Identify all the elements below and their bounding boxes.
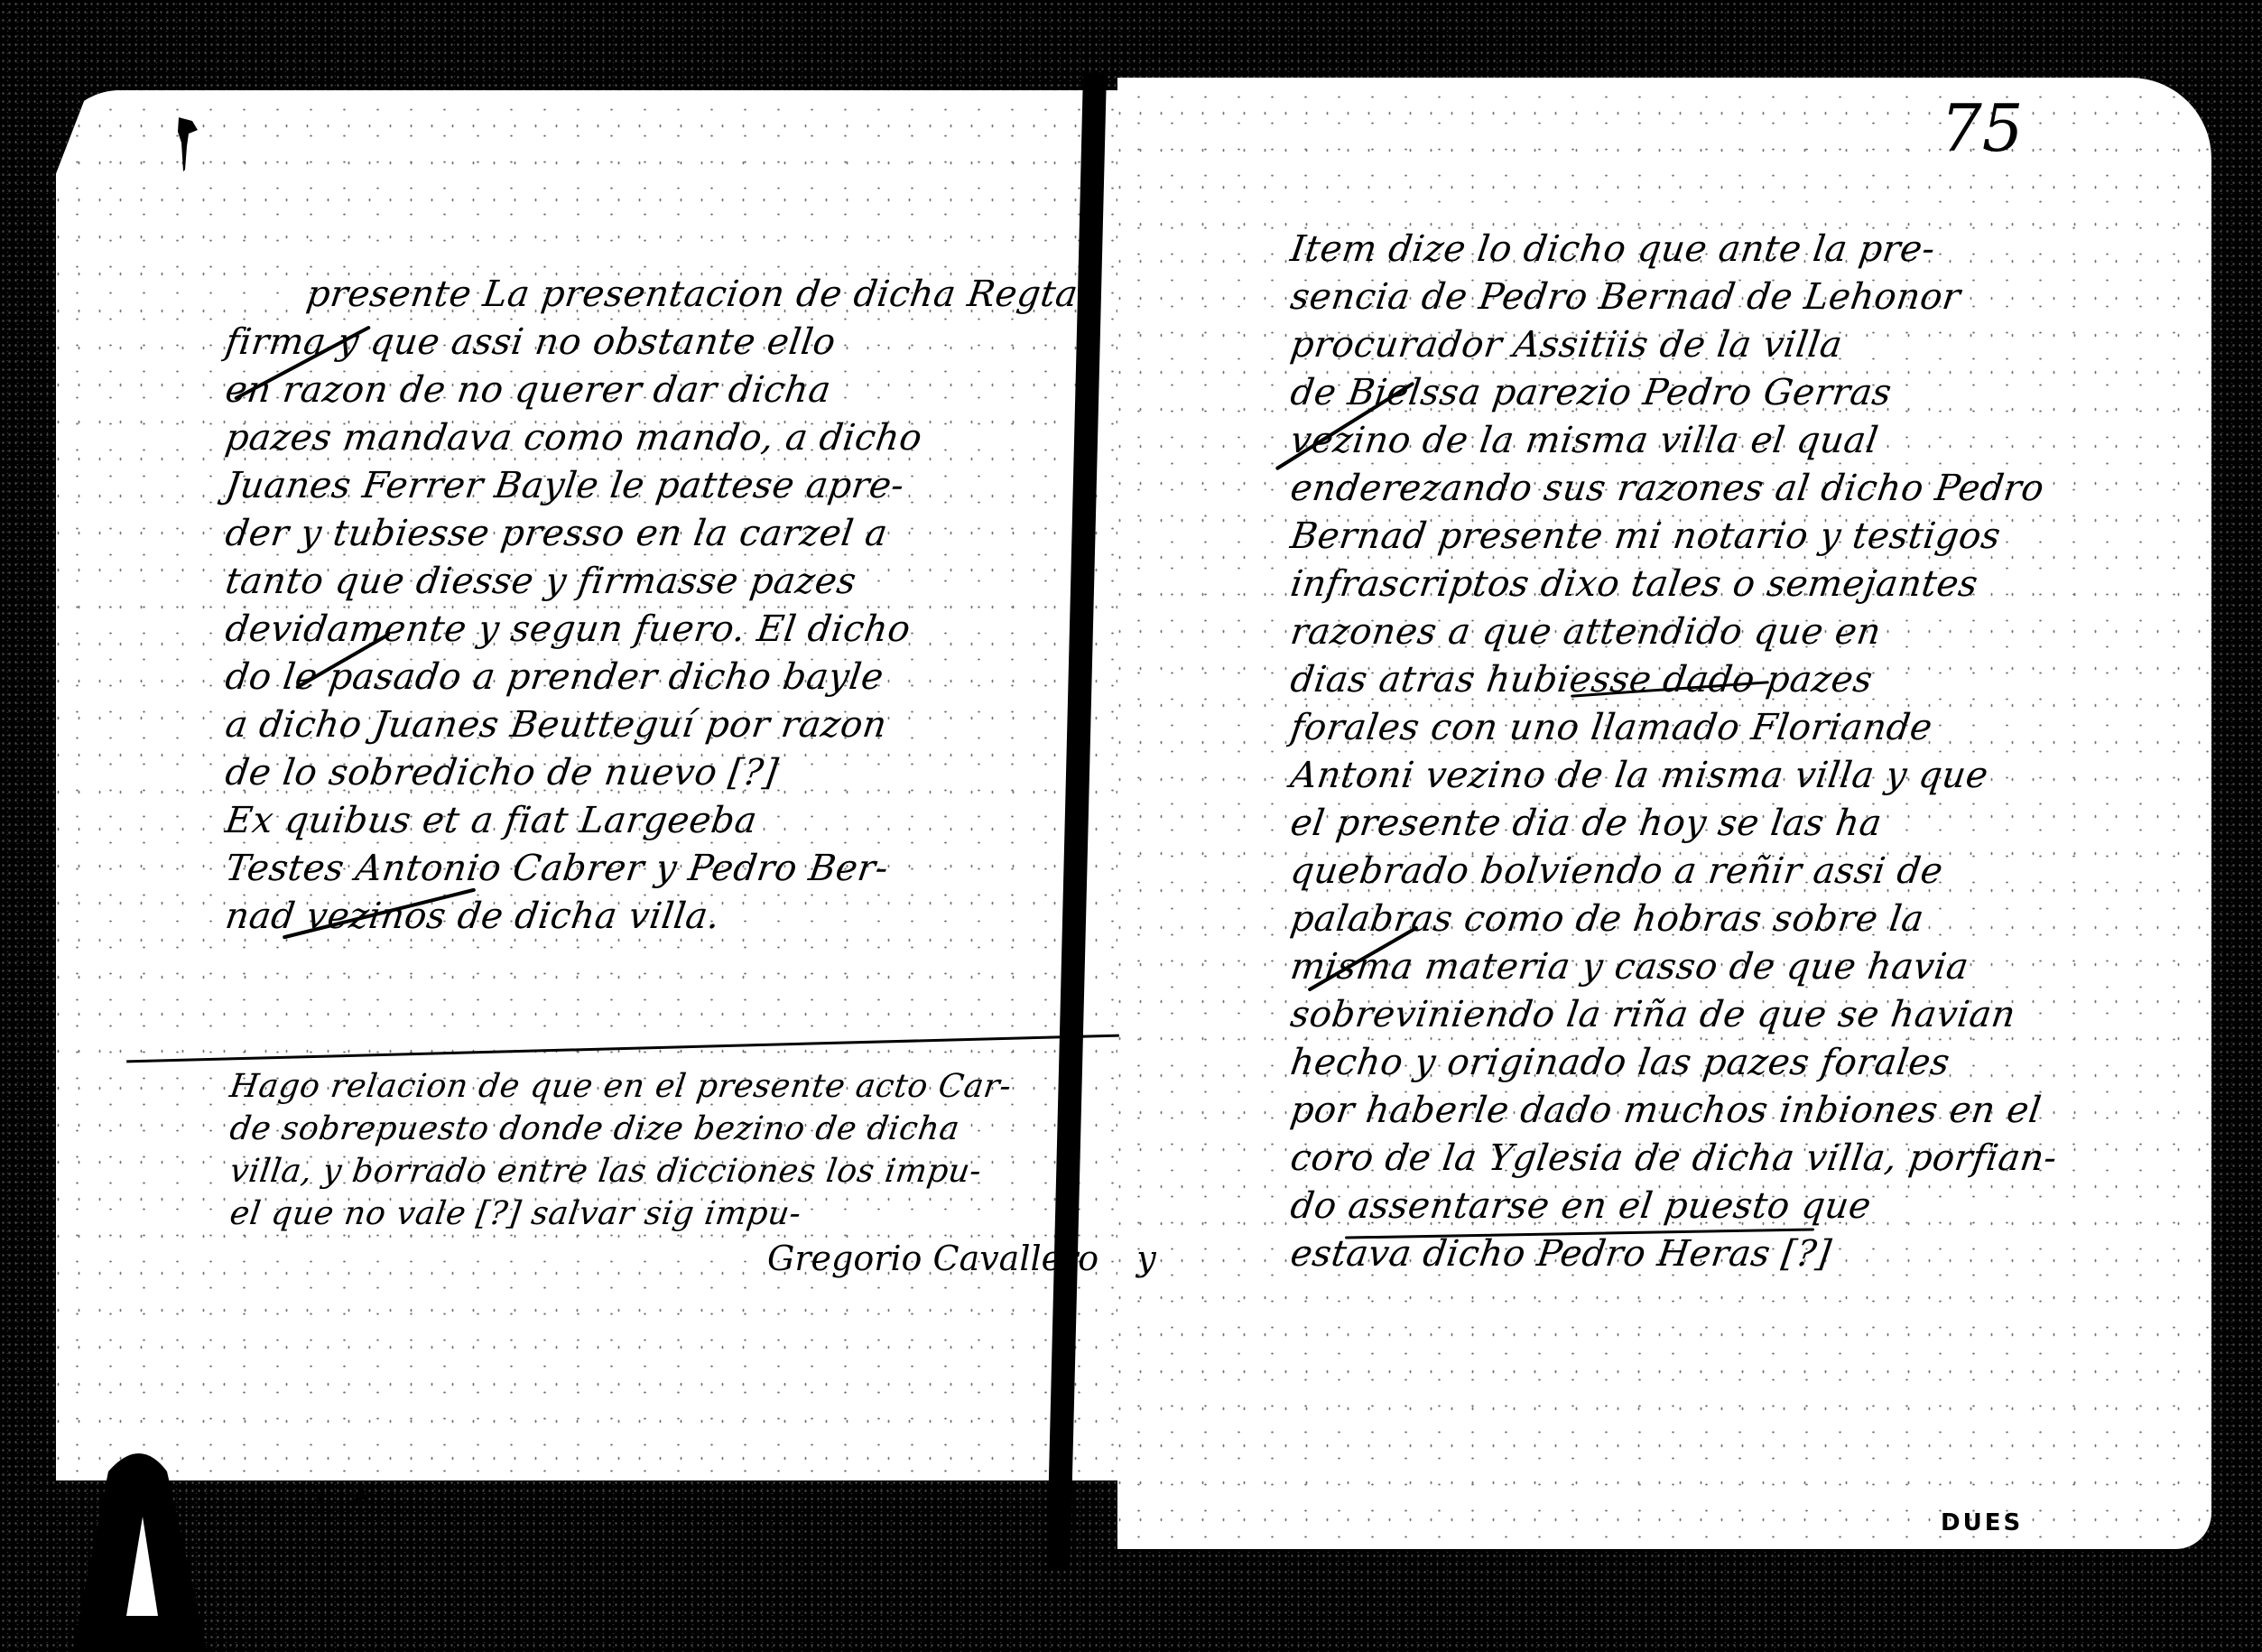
text-line: vezino de la misma villa el qual xyxy=(1287,417,2196,465)
text-line: tanto que diesse y firmasse pazes xyxy=(222,558,1113,606)
signature-suffix: y xyxy=(1136,1239,1155,1278)
text-line: infrascriptos dixo tales o semejantes xyxy=(1287,561,2196,608)
text-line: villa, y borrado entre las dicciones los… xyxy=(227,1150,1118,1193)
text-line: por haberle dado muchos inbiones en el xyxy=(1287,1087,2196,1135)
text-line: firma y que assi no obstante ello xyxy=(222,319,1113,367)
text-line: pazes mandava como mando, a dicho xyxy=(222,414,1113,462)
text-line: de sobrepuesto donde dize bezino de dich… xyxy=(227,1108,1118,1150)
ink-blot-icon xyxy=(176,116,203,179)
right-page-main-text: Item dize lo dicho que ante la pre- senc… xyxy=(1291,226,2193,1278)
text-line: palabras como de hobras sobre la xyxy=(1287,896,2196,943)
text-line: sobreviniendo la riña de que se havian xyxy=(1287,991,2196,1039)
text-line: devidamente y segun fuero. El dicho xyxy=(222,606,1113,654)
text-line: el que no vale [?] salvar sig impu- xyxy=(227,1193,1118,1235)
binding-tab-shape xyxy=(72,1435,208,1652)
text-line: a dicho Juanes Beutteguí por razon xyxy=(222,701,1113,749)
text-line: presente La presentacion de dicha Regta xyxy=(303,271,1113,319)
text-line: Antoni vezino de la misma villa y que xyxy=(1287,752,2196,800)
left-page-main-text: presente La presentacion de dicha Regta … xyxy=(226,271,1110,941)
text-line: dias atras hubiesse dado pazes xyxy=(1287,656,2196,704)
text-line: de lo sobredicho de nuevo [?] xyxy=(222,749,1113,797)
text-line: procurador Assitiis de la villa xyxy=(1287,321,2196,369)
text-line: forales con uno llamado Floriande xyxy=(1287,704,2196,752)
text-line: Hago relacion de que en el presente acto… xyxy=(227,1065,1118,1108)
text-line: de Bielssa parezio Pedro Gerras xyxy=(1287,369,2196,417)
text-line: Bernad presente mi notario y testigos xyxy=(1287,513,2196,561)
text-line: do assentarse en el puesto que xyxy=(1287,1183,2196,1230)
text-line: en razon de no querer dar dicha xyxy=(222,367,1113,414)
text-line: enderezando sus razones al dicho Pedro xyxy=(1287,465,2196,513)
text-line: coro de la Yglesia de dicha villa, porfi… xyxy=(1287,1135,2196,1183)
left-page-notary-note: Hago relacion de que en el presente acto… xyxy=(230,1065,1115,1235)
text-line: Testes Antonio Cabrer y Pedro Ber- xyxy=(222,845,1113,893)
text-line: Ex quibus et a fiat Largeeba xyxy=(222,797,1113,845)
folio-number: 75 xyxy=(1941,90,2024,166)
text-line: Juanes Ferrer Bayle le pattese apre- xyxy=(222,462,1113,510)
text-line: do le pasado a prender dicho bayle xyxy=(222,654,1113,701)
text-line: quebrado bolviendo a reñir assi de xyxy=(1287,848,2196,896)
text-line: misma materia y casso de que havia xyxy=(1287,943,2196,991)
notary-signature: Gregorio Cavallero y xyxy=(767,1239,1156,1278)
text-line: Item dize lo dicho que ante la pre- xyxy=(1287,226,2196,274)
text-line: hecho y originado las pazes forales xyxy=(1287,1039,2196,1087)
signature-name: Gregorio Cavallero xyxy=(767,1239,1099,1278)
text-line: der y tubiesse presso en la carzel a xyxy=(222,510,1113,558)
text-line: razones a que attendido que en xyxy=(1287,608,2196,656)
archive-stamp: 1.Y.A xyxy=(271,1480,374,1510)
text-line: el presente dia de hoy se las ha xyxy=(1287,800,2196,848)
archive-stamp: DUES xyxy=(1941,1509,2023,1536)
text-line: sencia de Pedro Bernad de Lehonor xyxy=(1287,274,2196,321)
